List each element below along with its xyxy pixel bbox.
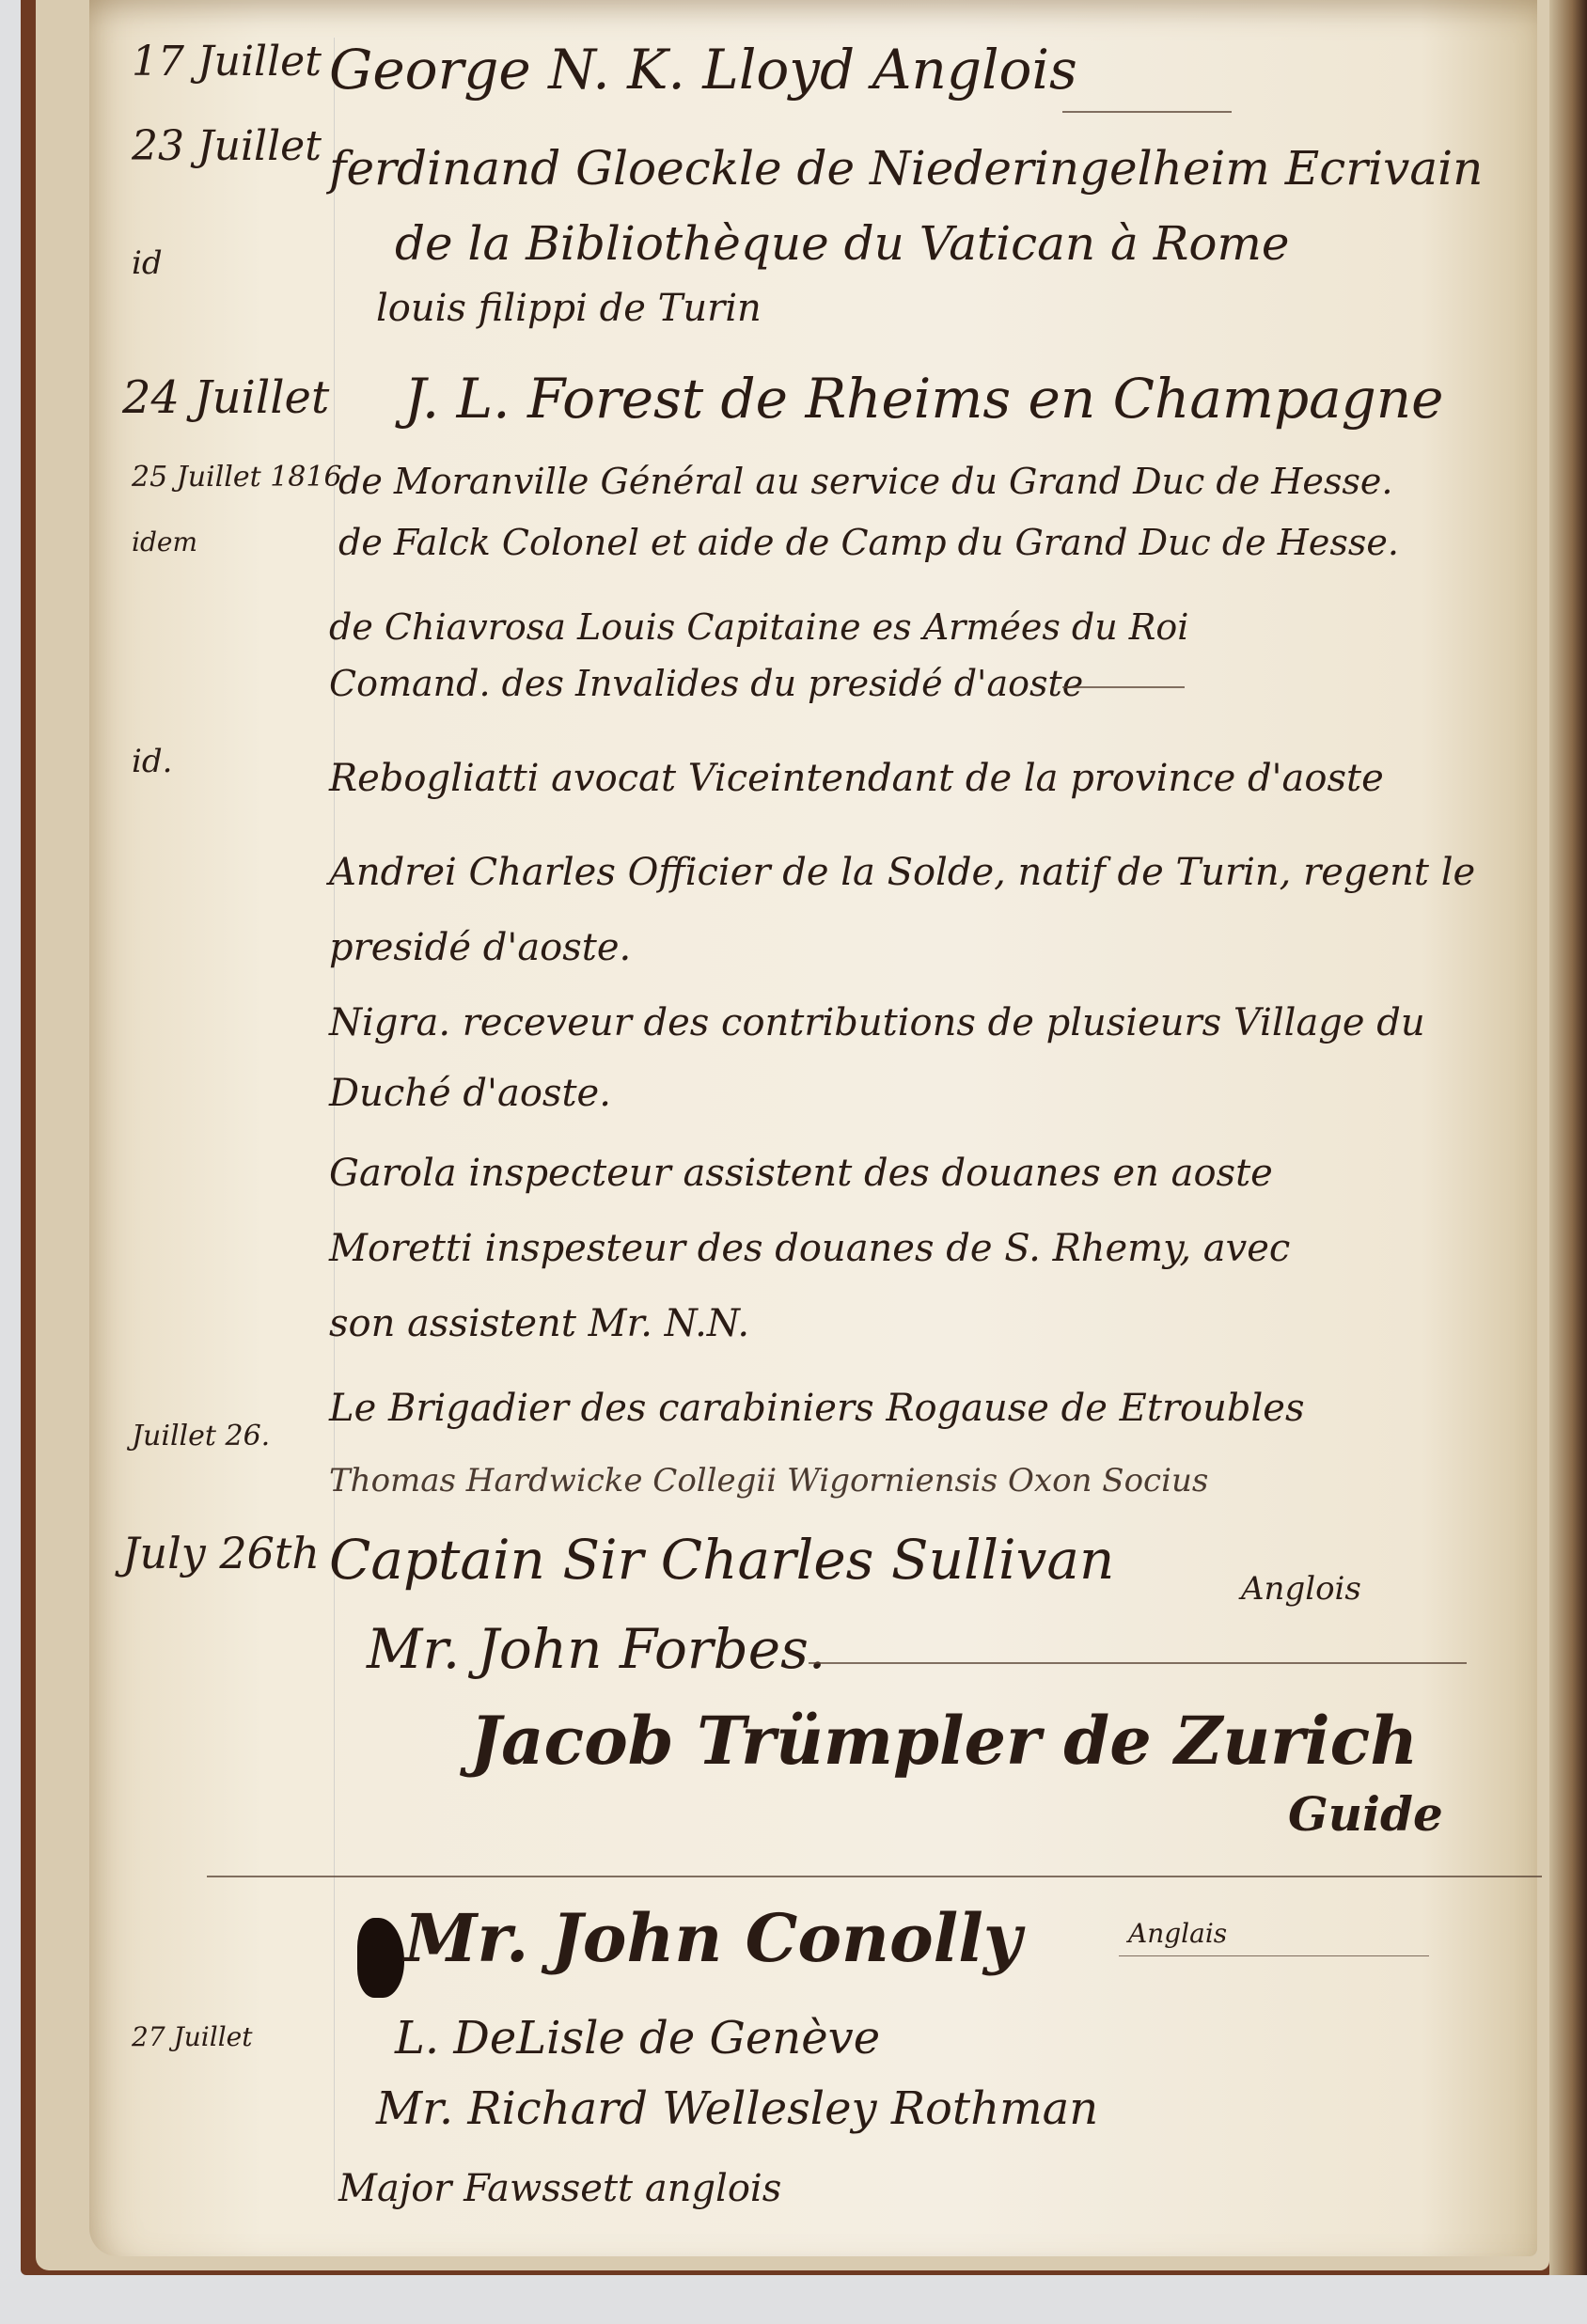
nationality-note: Anglois	[1241, 1570, 1361, 1608]
entry-text: Captain Sir Charles Sullivan	[329, 1528, 1114, 1592]
entry-text: louis filippi de Turin	[376, 287, 762, 330]
entry-text: Jacob Trümpler de Zurich	[470, 1702, 1418, 1780]
nationality-note: Anglais	[1128, 1918, 1227, 1949]
entry-text: Duché d'aoste.	[329, 1072, 611, 1115]
entry-date: 17 Juillet	[132, 38, 322, 86]
entry-date: 25 Juillet 1816	[132, 461, 342, 494]
separator-rule	[809, 1662, 1467, 1664]
entry-date: 27 Juillet	[132, 2021, 252, 2052]
entry-text: Mr. John Conolly	[404, 1899, 1022, 1977]
entry-text: Thomas Hardwicke Collegii Wigorniensis O…	[329, 1462, 1208, 1500]
entry-text: Le Brigadier des carabiniers Rogause de …	[329, 1387, 1305, 1430]
entry-text: George N. K. Lloyd Anglois	[329, 38, 1077, 102]
entry-date: id	[132, 244, 163, 282]
entry-text: Andrei Charles Officier de la Solde, nat…	[329, 851, 1475, 894]
entry-date: 23 Juillet	[132, 122, 322, 170]
entry-text: Garola inspecteur assistent des douanes …	[329, 1152, 1273, 1195]
entry-text: de Moranville Général au service du Gran…	[338, 461, 1392, 502]
entry-text: L. DeLisle de Genève	[395, 2012, 880, 2065]
underline	[1062, 686, 1185, 688]
entry-text: son assistent Mr. N.N.	[329, 1302, 749, 1345]
entry-date: idem	[132, 526, 197, 557]
occupation-note: Guide	[1288, 1786, 1443, 1842]
entry-date: July 26th	[122, 1528, 320, 1578]
underline	[1062, 111, 1232, 113]
entry-text: ferdinand Gloeckle de Niederingelheim Ec…	[329, 141, 1483, 196]
entry-text: de Chiavrosa Louis Capitaine es Armées d…	[329, 606, 1188, 648]
entry-text: de Falck Colonel et aide de Camp du Gran…	[338, 522, 1399, 563]
entry-text: Nigra. receveur des contributions de plu…	[329, 1001, 1425, 1044]
entry-text: Mr. Richard Wellesley Rothman	[376, 2082, 1098, 2135]
entry-text: Moretti inspesteur des douanes de S. Rhe…	[329, 1227, 1290, 1270]
entry-text: Comand. des Invalides du presidé d'aoste	[329, 663, 1083, 704]
entry-date: id.	[132, 743, 172, 780]
entry-date: Juillet 26.	[132, 1420, 301, 1452]
entry-text: Mr. John Forbes.	[367, 1617, 825, 1681]
separator-rule	[207, 1876, 1542, 1877]
entry-text: Rebogliatti avocat Viceintendant de la p…	[329, 757, 1384, 800]
facing-page-edge	[1549, 0, 1587, 2275]
entry-text: J. L. Forest de Rheims en Champagne	[404, 367, 1443, 431]
entry-text: de la Bibliothèque du Vatican à Rome	[395, 216, 1289, 271]
entry-text: Major Fawssett anglois	[338, 2167, 781, 2210]
entry-date: 24 Juillet	[122, 371, 329, 424]
underline	[1119, 1955, 1429, 1956]
entry-text: presidé d'aoste.	[329, 926, 631, 969]
